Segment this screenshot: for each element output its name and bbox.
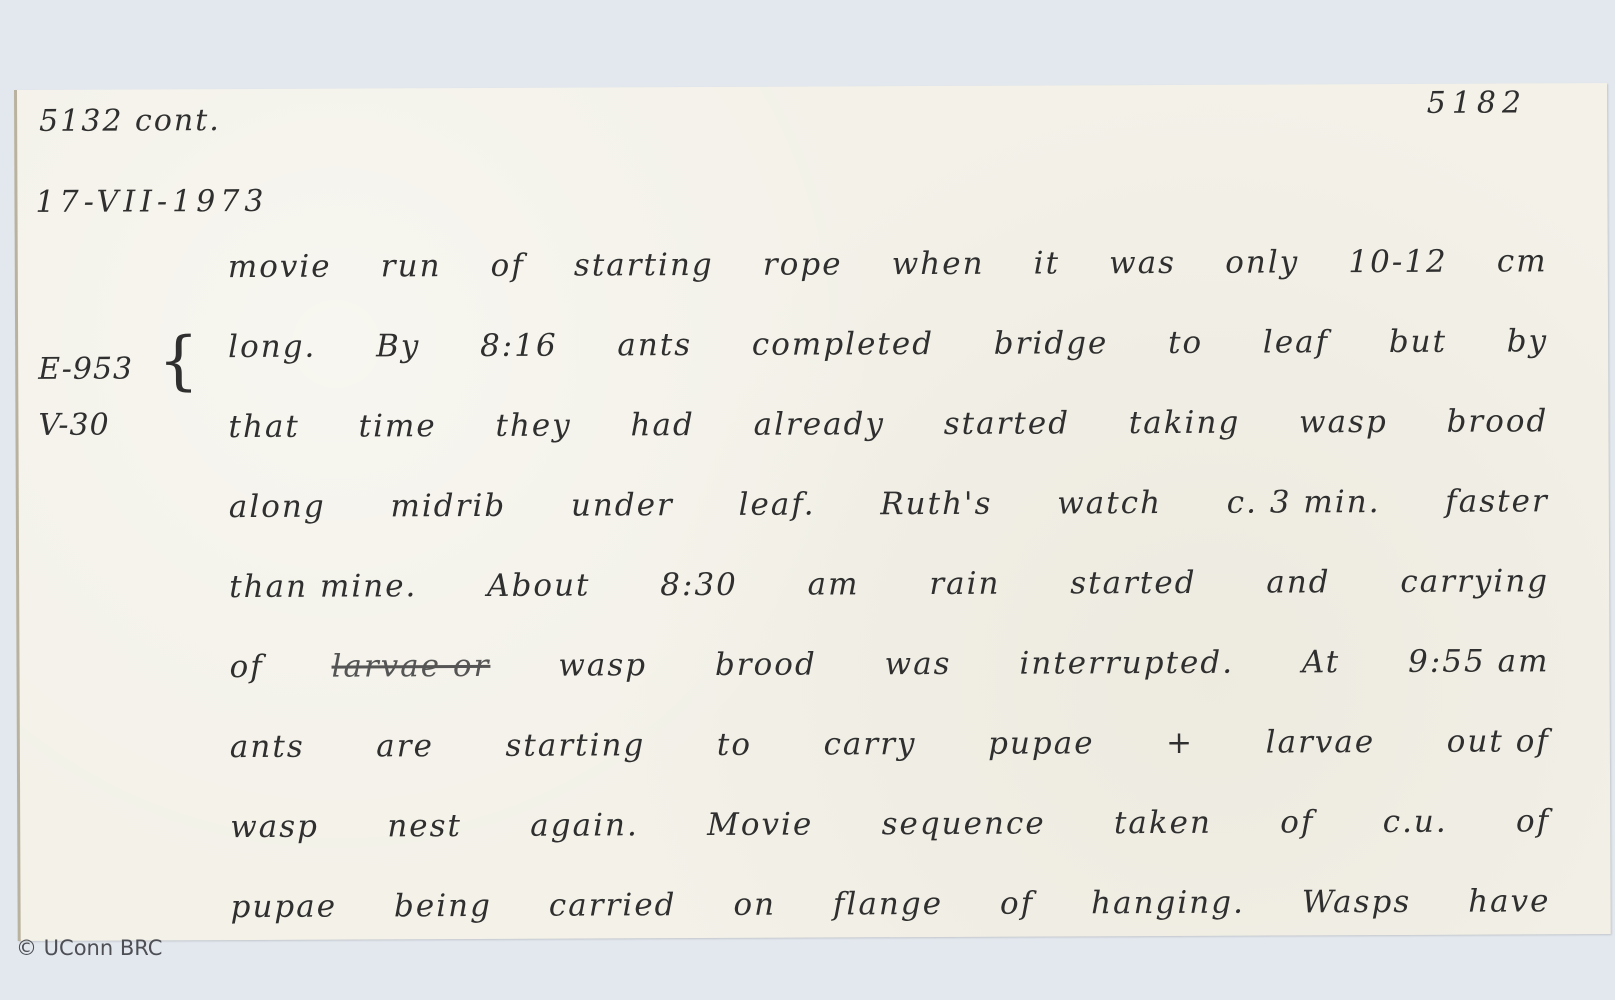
word: starting xyxy=(505,727,645,764)
word: again. xyxy=(530,807,639,843)
word: run xyxy=(381,248,442,284)
word: that xyxy=(228,409,300,445)
word: wasp xyxy=(558,647,647,683)
word: hanging. xyxy=(1091,885,1245,922)
note-line: movierunofstartingropewhenitwasonly10-12… xyxy=(228,211,1548,285)
word: larvae xyxy=(1266,724,1376,760)
word: started xyxy=(1070,565,1196,602)
word: by xyxy=(1507,323,1549,359)
word: brood xyxy=(1446,403,1548,439)
word: cm xyxy=(1497,243,1548,279)
word: and xyxy=(1266,564,1330,600)
note-line: waspnestagain.Moviesequencetakenofc.u.of xyxy=(230,759,1550,845)
word: have xyxy=(1468,883,1550,919)
word: started xyxy=(944,405,1070,442)
word: interrupted. xyxy=(1019,645,1234,682)
word: it xyxy=(1034,245,1061,281)
word: leaf. xyxy=(739,487,816,523)
word: time xyxy=(359,408,437,444)
word: c.u. xyxy=(1383,804,1448,840)
word: Ruth's xyxy=(880,486,992,522)
word: ants xyxy=(617,327,692,363)
word: movie xyxy=(228,249,332,285)
word: ants xyxy=(230,729,305,765)
word: Wasps xyxy=(1302,884,1411,920)
word: are xyxy=(376,728,434,764)
word: About xyxy=(487,567,590,603)
word: starting xyxy=(574,247,714,284)
reference-number: 5182 xyxy=(1427,85,1528,120)
word: when xyxy=(892,246,985,282)
word: nest xyxy=(387,808,462,844)
word: Movie xyxy=(707,807,813,843)
word: of xyxy=(1516,803,1550,839)
word: along xyxy=(229,489,326,525)
word: flange xyxy=(833,886,943,922)
word: of xyxy=(1280,804,1314,840)
margin-note-specimen: E-953 xyxy=(38,351,133,386)
word: bridge xyxy=(994,325,1109,361)
word: long. xyxy=(228,329,316,365)
word: being xyxy=(394,888,492,924)
word: + xyxy=(1166,725,1194,761)
word: carrying xyxy=(1400,563,1549,600)
word: carry xyxy=(823,726,916,762)
word: already xyxy=(753,406,885,443)
index-card: 5132 cont. 5182 17-VII-1973 E-953 V-30 {… xyxy=(14,83,1611,941)
word: pupae xyxy=(230,889,337,925)
word: of xyxy=(1000,886,1034,922)
word: under xyxy=(571,487,674,523)
word: of xyxy=(229,649,263,685)
word: leaf xyxy=(1263,324,1329,360)
handwritten-notes: movierunofstartingropewhenitwasonly10-12… xyxy=(228,211,1551,925)
word: was xyxy=(885,646,952,682)
word: faster xyxy=(1445,483,1549,519)
word: completed xyxy=(752,326,934,363)
word: had xyxy=(630,407,694,443)
reference-number-continued: 5132 cont. xyxy=(39,103,221,139)
word: taken xyxy=(1114,805,1212,841)
word: midrib xyxy=(390,488,506,525)
note-line: than mine.About8:30amrainstartedandcarry… xyxy=(229,519,1549,605)
word: pupae xyxy=(988,725,1095,761)
word: 8:16 xyxy=(480,328,558,364)
word: of xyxy=(491,248,525,284)
word: wasp xyxy=(1299,404,1388,440)
word: carried xyxy=(549,887,677,924)
word: am xyxy=(808,566,860,602)
word: to xyxy=(717,727,752,763)
word: wasp xyxy=(230,809,319,845)
word: rain xyxy=(929,566,1000,602)
word: By xyxy=(376,328,420,364)
word: but xyxy=(1389,324,1447,360)
word: on xyxy=(733,887,776,923)
struck-word: larvae or xyxy=(331,648,490,685)
word: 9:55 am xyxy=(1408,643,1550,680)
brace-bracket-icon: { xyxy=(158,329,178,409)
word: 10-12 xyxy=(1348,244,1448,280)
note-line: oflarvae orwaspbroodwasinterrupted.At9:5… xyxy=(229,599,1549,685)
word: brood xyxy=(715,647,817,683)
date: 17-VII-1973 xyxy=(35,184,268,220)
word: only xyxy=(1225,244,1299,280)
note-line: long.By8:16antscompletedbridgetoleafbutb… xyxy=(228,279,1548,365)
word: c. 3 min. xyxy=(1227,484,1381,521)
word: rope xyxy=(763,246,843,282)
margin-note-volume: V-30 xyxy=(38,408,109,443)
copyright-notice: © UConn BRC xyxy=(16,936,162,960)
word: 8:30 xyxy=(660,567,738,603)
word: was xyxy=(1109,245,1176,281)
word: out of xyxy=(1447,723,1550,759)
word: than mine. xyxy=(229,568,417,605)
word: sequence xyxy=(881,806,1045,843)
note-line: pupaebeingcarriedonflangeofhanging.Wasps… xyxy=(230,839,1550,925)
word: watch xyxy=(1057,485,1162,521)
note-line: thattimetheyhadalreadystartedtakingwaspb… xyxy=(228,359,1548,445)
note-line: alongmidribunderleaf.Ruth'swatchc. 3 min… xyxy=(229,439,1549,525)
word: to xyxy=(1168,325,1203,361)
word: they xyxy=(495,408,571,444)
word: At xyxy=(1302,644,1340,680)
word: taking xyxy=(1129,405,1241,441)
note-line: antsarestartingtocarrypupae+larvaeout of xyxy=(230,679,1550,765)
